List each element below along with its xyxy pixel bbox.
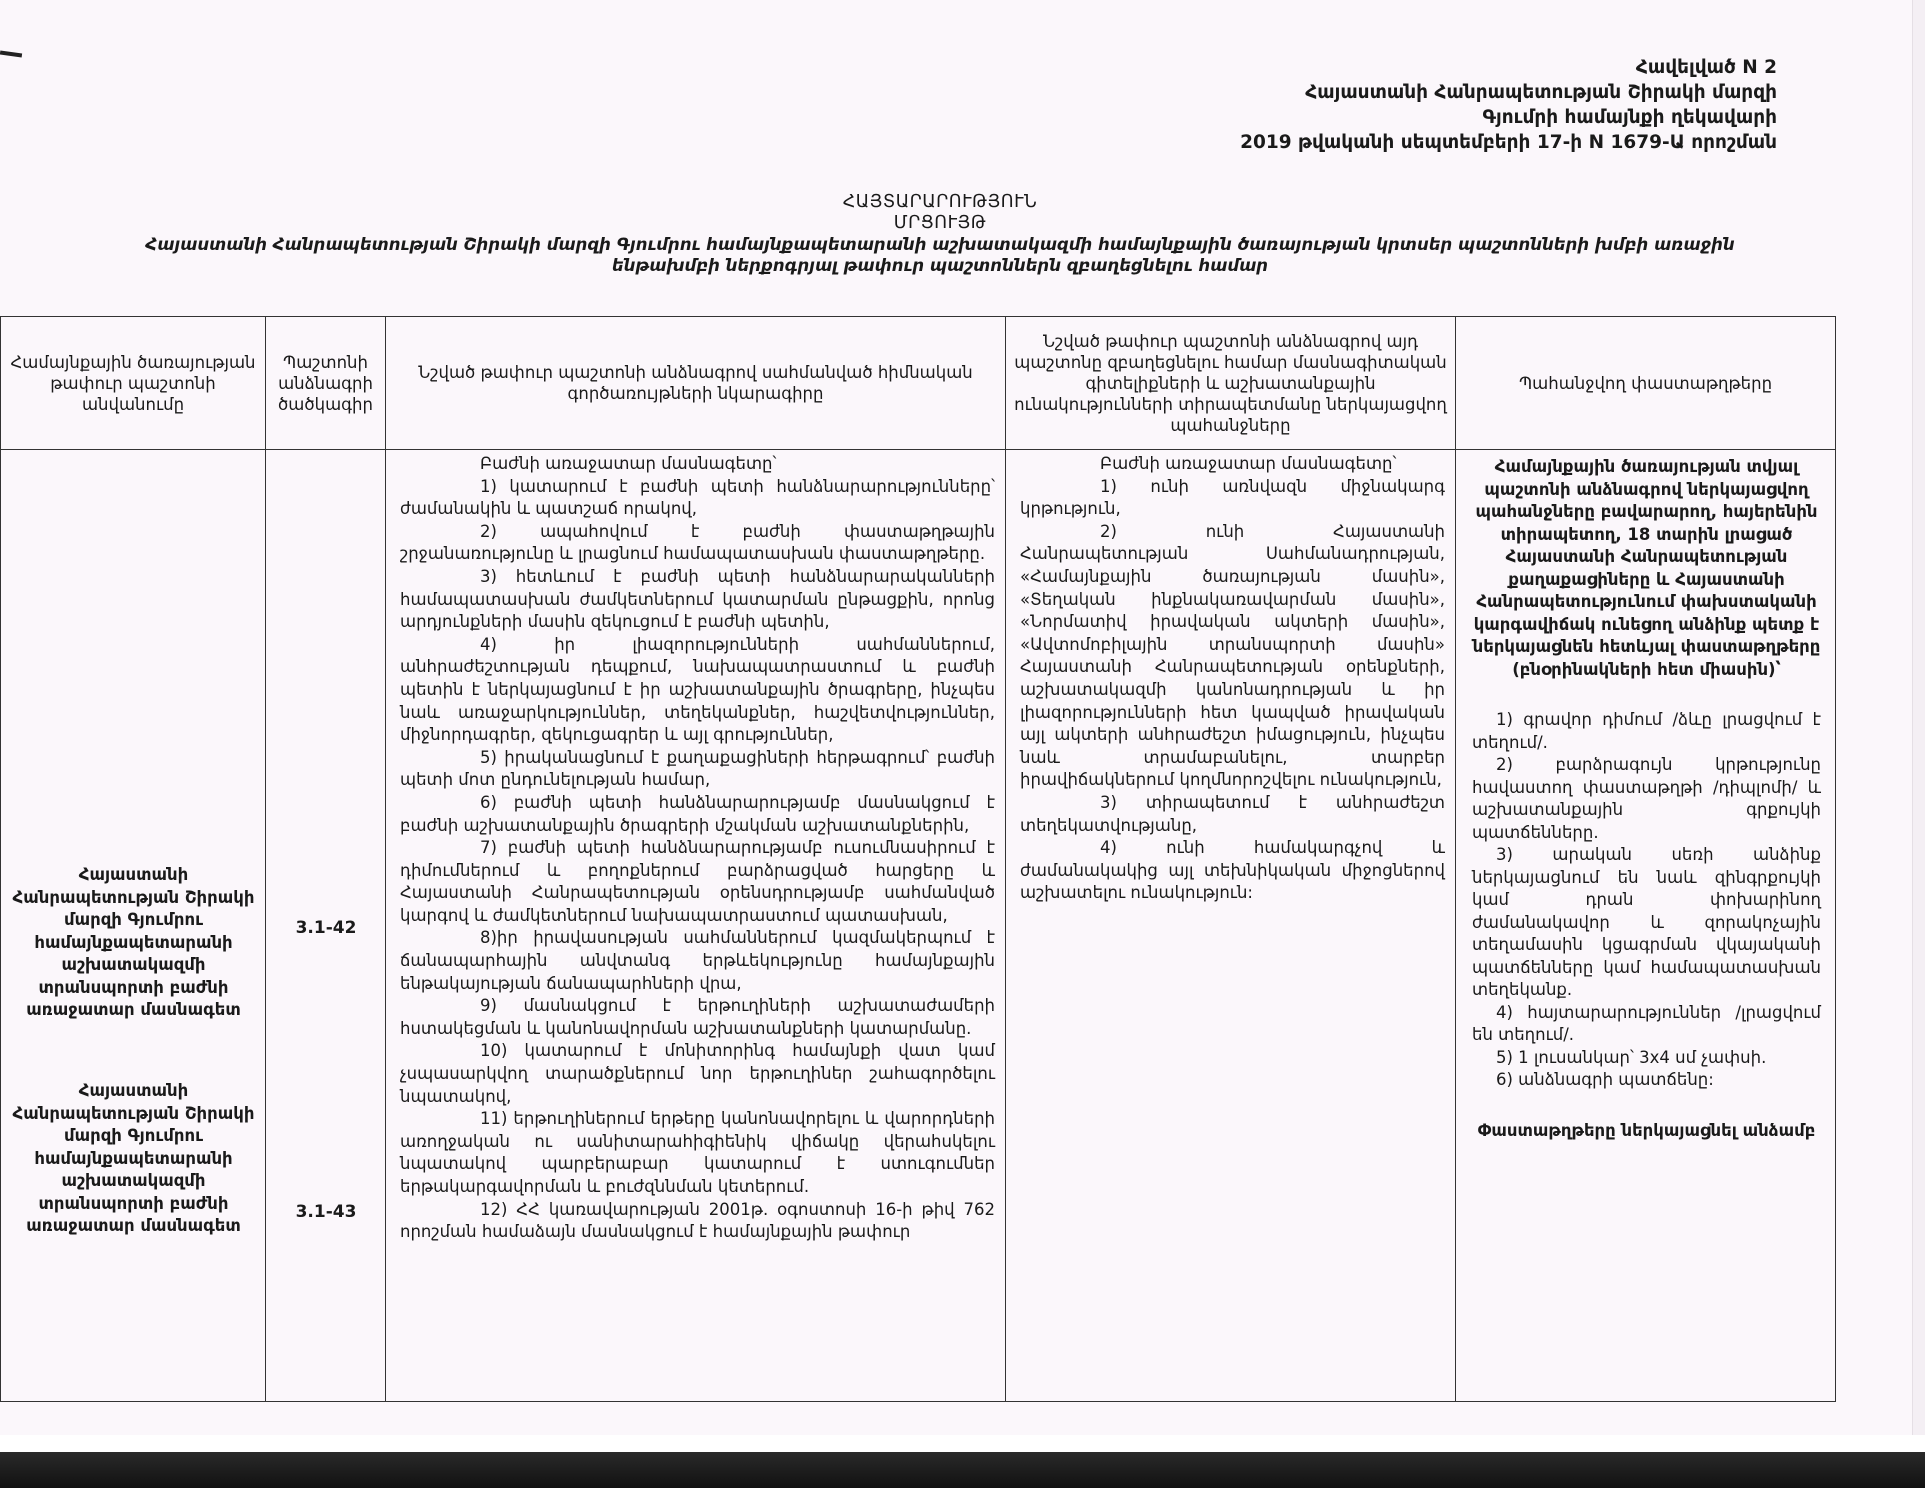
page-edge (1912, 0, 1925, 1452)
functions-list: Բաժնի առաջատար մասնագետը՝ 1) կատարում է … (386, 450, 1005, 1244)
function-item: 8)իր իրավասության սահմաններում կազմակերպ… (400, 927, 995, 995)
functions-cell: Բաժնի առաջատար մասնագետը՝ 1) կատարում է … (386, 450, 1006, 1402)
annex-header: Հավելված N 2 Հայաստանի Հանրապետության Շի… (1240, 55, 1777, 155)
table-header-row: Համայնքային ծառայության թափուր պաշտոնի ա… (1, 317, 1836, 450)
position-name-1: Հայաստանի Հանրապետության Շիրակի մարզի Գյ… (1, 864, 266, 1022)
documents-list: Համայնքային ծառայության տվյալ պաշտոնի ան… (1456, 450, 1835, 1142)
requirement-item: 4) ունի համակարգչով և ժամանակակից այլ տե… (1020, 837, 1445, 905)
annex-region: Հայաստանի Հանրապետության Շիրակի մարզի (1240, 80, 1777, 105)
function-item: 7) բաժնի պետի հանձնարարությամբ ուսումնաս… (400, 837, 995, 927)
scan-margin (0, 1435, 1925, 1453)
requirement-item: 1) ունի առնվազն միջնակարգ կրթություն, (1020, 476, 1445, 521)
function-item: 9) մասնակցում է երթուղիների աշխատաժամերի… (400, 995, 995, 1040)
function-item: 4) իր լիազորությունների սահմաններում, ան… (400, 634, 995, 747)
vacancy-table: Համայնքային ծառայության թափուր պաշտոնի ա… (0, 316, 1836, 1402)
function-item: 1) կատարում է բաժնի պետի հանձնարարությու… (400, 476, 995, 521)
document-title: ՀԱՅՏԱՐԱՐՈՒԹՅՈՒՆ ՄՐՑՈՒՅԹ Հայաստանի Հանրապ… (100, 192, 1780, 276)
documents-cell: Համայնքային ծառայության տվյալ պաշտոնի ան… (1456, 450, 1836, 1402)
scan-artifact (0, 50, 22, 57)
position-name-2: Հայաստանի Հանրապետության Շիրակի մարզի Գյ… (1, 1080, 266, 1238)
requirement-item: 2) ունի Հայաստանի Հանրապետության Սահմանա… (1020, 521, 1445, 792)
function-item: 6) բաժնի պետի հանձնարարությամբ մասնակցու… (400, 792, 995, 837)
table-row: Հայաստանի Հանրապետության Շիրակի մարզի Գյ… (1, 450, 1836, 1402)
header-requirements: Նշված թափուր պաշտոնի անձնագրով այդ պաշտո… (1006, 317, 1456, 450)
function-item: 3) հետևում է բաժնի պետի հանձնարարականներ… (400, 566, 995, 634)
position-code-1: 3.1-42 (266, 918, 386, 938)
position-code-2: 3.1-43 (266, 1202, 386, 1222)
position-codes-cell: 3.1-42 3.1-43 (266, 450, 386, 1402)
scanner-edge (0, 1452, 1925, 1488)
documents-submission-note: Փաստաթղթերը ներկայացնել անձամբ (1472, 1120, 1821, 1143)
position-names-cell: Հայաստանի Հանրապետության Շիրակի մարզի Գյ… (1, 450, 266, 1402)
documents-intro: Համայնքային ծառայության տվյալ պաշտոնի ան… (1472, 456, 1821, 681)
title-description: Հայաստանի Հանրապետության Շիրակի մարզի Գյ… (100, 234, 1780, 276)
annex-decision: 2019 թվականի սեպտեմբերի 17-ի N 1679-Ա որ… (1240, 130, 1777, 155)
annex-number: Հավելված N 2 (1240, 55, 1777, 80)
function-item: 12) ՀՀ կառավարության 2001թ. օգոստոսի 16-… (400, 1199, 995, 1244)
function-item: 10) կատարում է մոնիտորինգ համայնքի վատ կ… (400, 1040, 995, 1108)
function-item: 11) երթուղիներում երթերը կանոնավորելու և… (400, 1108, 995, 1198)
document-item: 4) հայտարարություններ /լրացվում են տեղու… (1472, 1002, 1821, 1047)
annex-authority: Գյումրի համայնքի ղեկավարի (1240, 105, 1777, 130)
document-item: 2) բարձրագույն կրթությունը հավաստող փաստ… (1472, 754, 1821, 844)
document-item: 5) 1 լուսանկար՝ 3x4 սմ չափսի. (1472, 1047, 1821, 1070)
requirements-list: Բաժնի առաջատար մասնագետը՝ 1) ունի առնվազ… (1006, 450, 1455, 905)
requirements-intro: Բաժնի առաջատար մասնագետը՝ (1020, 453, 1445, 476)
document-item: 1) գրավոր դիմում /ձևը լրացվում է տեղում/… (1472, 709, 1821, 754)
title-competition: ՄՐՑՈՒՅԹ (100, 213, 1780, 234)
header-position-name: Համայնքային ծառայության թափուր պաշտոնի ա… (1, 317, 266, 450)
title-announcement: ՀԱՅՏԱՐԱՐՈՒԹՅՈՒՆ (100, 192, 1780, 213)
document-item: 3) արական սեռի անձինք ներկայացնում են նա… (1472, 844, 1821, 1002)
function-item: 5) իրականացնում է քաղաքացիների հերթագրու… (400, 747, 995, 792)
document-item: 6) անձնագրի պատճենը: (1472, 1069, 1821, 1092)
functions-intro: Բաժնի առաջատար մասնագետը՝ (400, 453, 995, 476)
requirement-item: 3) տիրապետում է անհրաժեշտ տեղեկատվության… (1020, 792, 1445, 837)
header-passport-code: Պաշտոնի անձնագրի ծածկագիր (266, 317, 386, 450)
requirements-cell: Բաժնի առաջատար մասնագետը՝ 1) ունի առնվազ… (1006, 450, 1456, 1402)
header-functions: Նշված թափուր պաշտոնի անձնագրով սահմանված… (386, 317, 1006, 450)
function-item: 2) ապահովում է բաժնի փաստաթղթային շրջանա… (400, 521, 995, 566)
header-documents: Պահանջվող փաստաթղթերը (1456, 317, 1836, 450)
